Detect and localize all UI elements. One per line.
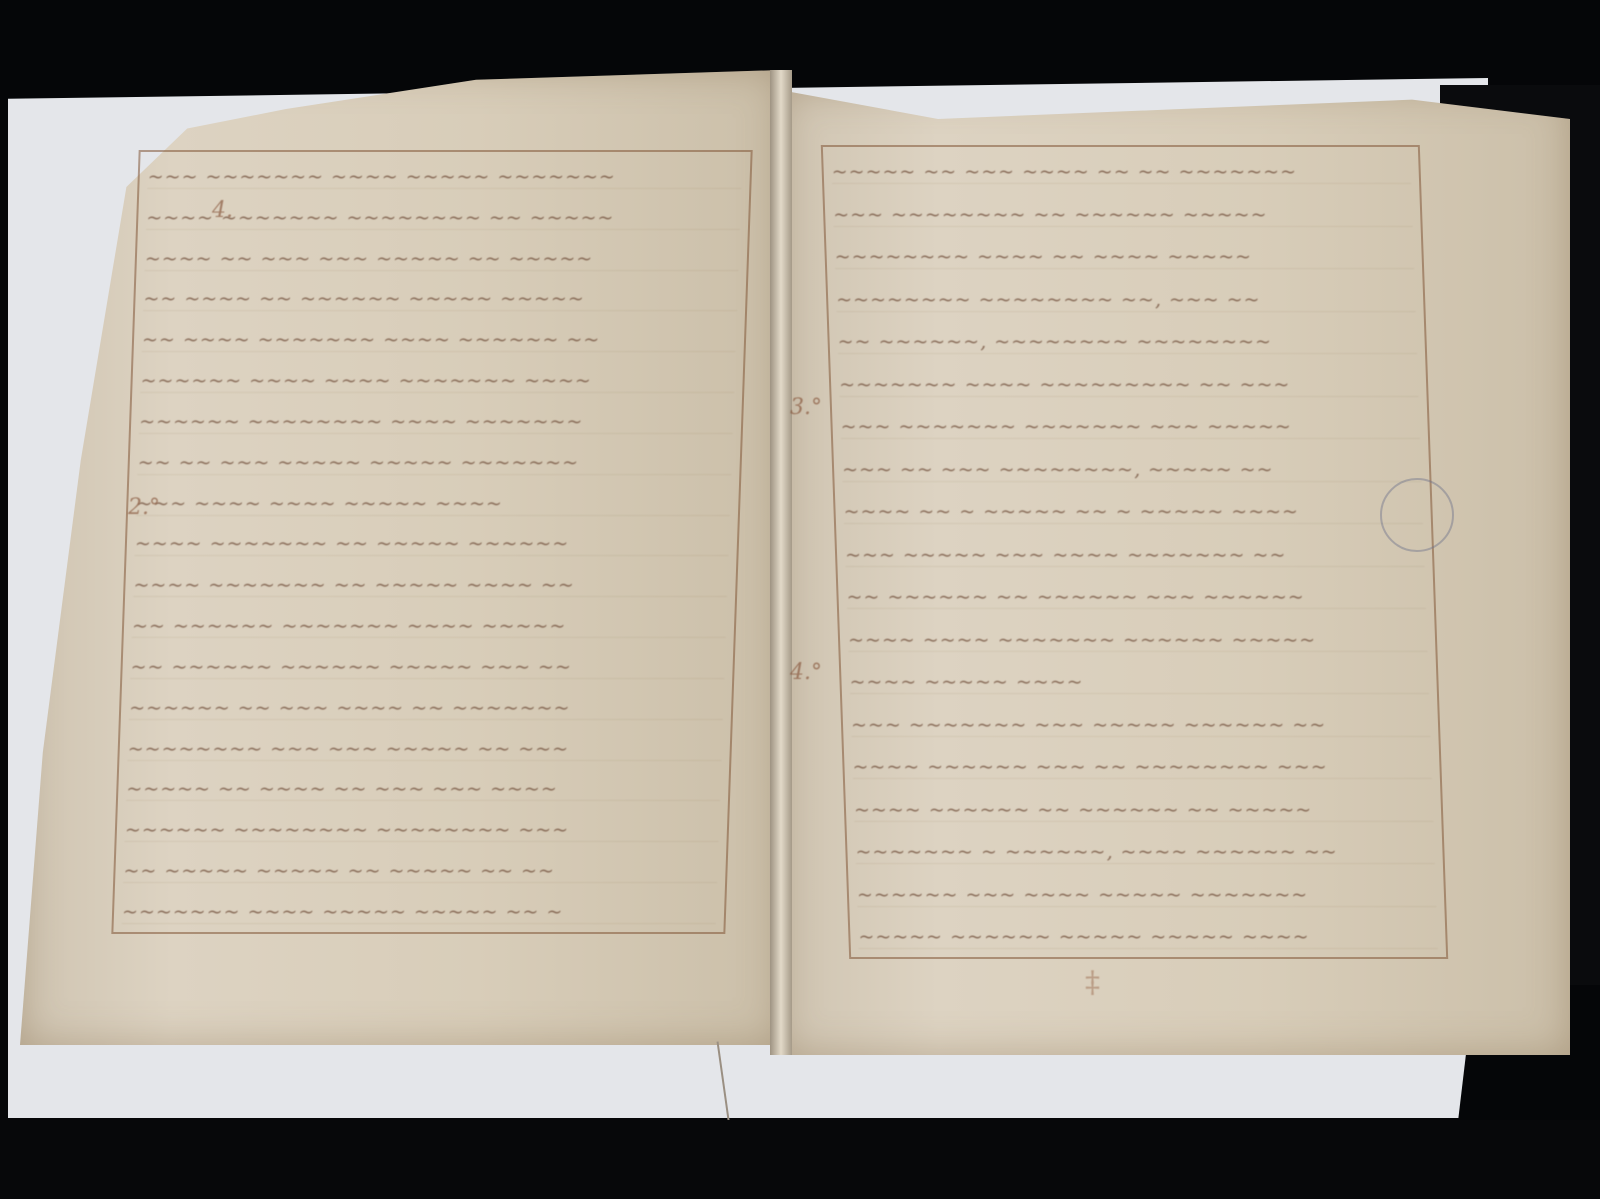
handwritten-line: ~~~~ ~~~~~ ~~~~ [849,671,1429,694]
handwritten-line: ~~~~~~ ~~~~ ~~~~ ~~~~~~~ ~~~~ [140,370,735,393]
left-margin-note-1: 4. [212,198,233,223]
handwritten-line: ~~~~~ ~~ ~~~ ~~~~ ~~ ~~ ~~~~~~~ [831,161,1411,184]
handwritten-line: ~~ ~~~~~~, ~~~~~~~~ ~~~~~~~~ [837,331,1417,354]
handwritten-line: ~~~~ ~~~~~~ ~~~ ~~ ~~~~~~~~ ~~~ [852,756,1432,779]
handwritten-line: ~~~~~~ ~~~~~~~~ ~~~~ ~~~~~~~ [139,411,734,434]
handwritten-line: ~~ ~~ ~~~ ~~~~~ ~~~~~ ~~~~~~~ [137,452,732,475]
handwritten-line: ~~~~~~~ ~~~~ ~~~~~ ~~~~~ ~~ ~ [122,901,717,924]
right-margin-note-2: 4.° [790,660,822,685]
foot-mark: ‡ [1085,965,1100,1000]
handwritten-line: ~~~ ~~~~ ~~~~ ~~~~~ ~~~~ [136,493,731,516]
right-text-block: ~~~~~ ~~ ~~~ ~~~~ ~~ ~~ ~~~~~~~~~~ ~~~~~… [821,145,1448,959]
handwritten-line: ~~~~ ~~ ~ ~~~~~ ~~ ~ ~~~~~ ~~~~ [843,501,1423,524]
handwritten-line: ~~~ ~~~~~~~~ ~~ ~~~~~~ ~~~~~ [833,204,1413,227]
book-spine [770,70,792,1055]
handwritten-line: ~~~~~ ~~~~~~ ~~~~~ ~~~~~ ~~~~ [858,926,1438,949]
handwritten-line: ~~~~~~ ~~~~~~~~ ~~~~~~~~ ~~~ [125,819,720,842]
handwritten-line: ~~ ~~~~ ~~~~~~~ ~~~~ ~~~~~~ ~~ [142,329,737,352]
right-margin-note-1: 3.° [790,395,822,420]
handwritten-line: ~~~~~~~ ~~~~ ~~~~~~~~~ ~~ ~~~ [839,374,1419,397]
handwritten-line: ~~~~~~ ~~ ~~~ ~~~~ ~~ ~~~~~~~ [129,697,724,720]
dark-foreground [0,1120,1600,1199]
handwritten-line: ~~~~ ~~~~~~~ ~~ ~~~~~ ~~~~ ~~ [133,574,728,597]
handwritten-line: ~~~~~~~ ~ ~~~~~~, ~~~~ ~~~~~~ ~~ [855,841,1435,864]
handwritten-line: ~~~~~~~~ ~~~ ~~~ ~~~~~ ~~ ~~~ [127,738,722,761]
left-text-block: ~~~ ~~~~~~~ ~~~~ ~~~~~ ~~~~~~~~~~~ ~~~~~… [111,150,752,934]
handwritten-line: ~~ ~~~~~~ ~~~~~~~ ~~~~ ~~~~~ [132,615,727,638]
handwritten-line: ~~~~ ~~ ~~~ ~~~ ~~~~~ ~~ ~~~~~ [144,248,739,271]
handwritten-line: ~~~~~~ ~~~ ~~~~ ~~~~~ ~~~~~~~ [857,884,1437,907]
handwritten-line: ~~~~ ~~~~~~~ ~~~~~~~~ ~~ ~~~~~ [146,207,741,230]
handwritten-line: ~~~ ~~~~~~~ ~~~~~~~ ~~~ ~~~~~ [840,416,1420,439]
handwritten-line: ~~~~ ~~~~ ~~~~~~~ ~~~~~~ ~~~~~ [848,629,1428,652]
handwritten-line: ~~ ~~~~ ~~ ~~~~~~ ~~~~~ ~~~~~ [143,288,738,311]
handwritten-line: ~~~ ~~ ~~~ ~~~~~~~~, ~~~~~ ~~ [842,459,1422,482]
handwritten-line: ~~ ~~~~~~ ~~ ~~~~~~ ~~~ ~~~~~~ [846,586,1426,609]
handwritten-line: ~~~~~~~~ ~~~~ ~~ ~~~~ ~~~~~ [834,246,1414,269]
handwritten-line: ~~~~~ ~~ ~~~~ ~~ ~~~ ~~~ ~~~~ [126,778,721,801]
handwritten-line: ~~~ ~~~~~~~ ~~~ ~~~~~ ~~~~~~ ~~ [851,714,1431,737]
handwritten-line: ~~ ~~~~~ ~~~~~ ~~ ~~~~~ ~~ ~~ [123,860,718,883]
handwritten-line: ~~ ~~~~~~ ~~~~~~ ~~~~~ ~~~ ~~ [130,656,725,679]
ink-stamp-icon [1380,478,1454,552]
left-handwriting-lines: ~~~ ~~~~~~~ ~~~~ ~~~~~ ~~~~~~~~~~~ ~~~~~… [122,166,742,924]
left-margin-note-2: 2.° [128,495,160,520]
handwritten-line: ~~~~ ~~~~~~ ~~ ~~~~~~ ~~ ~~~~~ [854,799,1434,822]
handwritten-line: ~~~~~~~~ ~~~~~~~~ ~~, ~~~ ~~ [836,289,1416,312]
right-handwriting-lines: ~~~~~ ~~ ~~~ ~~~~ ~~ ~~ ~~~~~~~~~~ ~~~~~… [831,161,1438,949]
handwritten-line: ~~~ ~~~~~~~ ~~~~ ~~~~~ ~~~~~~~ [147,166,742,189]
handwritten-line: ~~~~ ~~~~~~~ ~~ ~~~~~ ~~~~~~ [134,533,729,556]
handwritten-line: ~~~ ~~~~~ ~~~ ~~~~ ~~~~~~~ ~~ [845,544,1425,567]
